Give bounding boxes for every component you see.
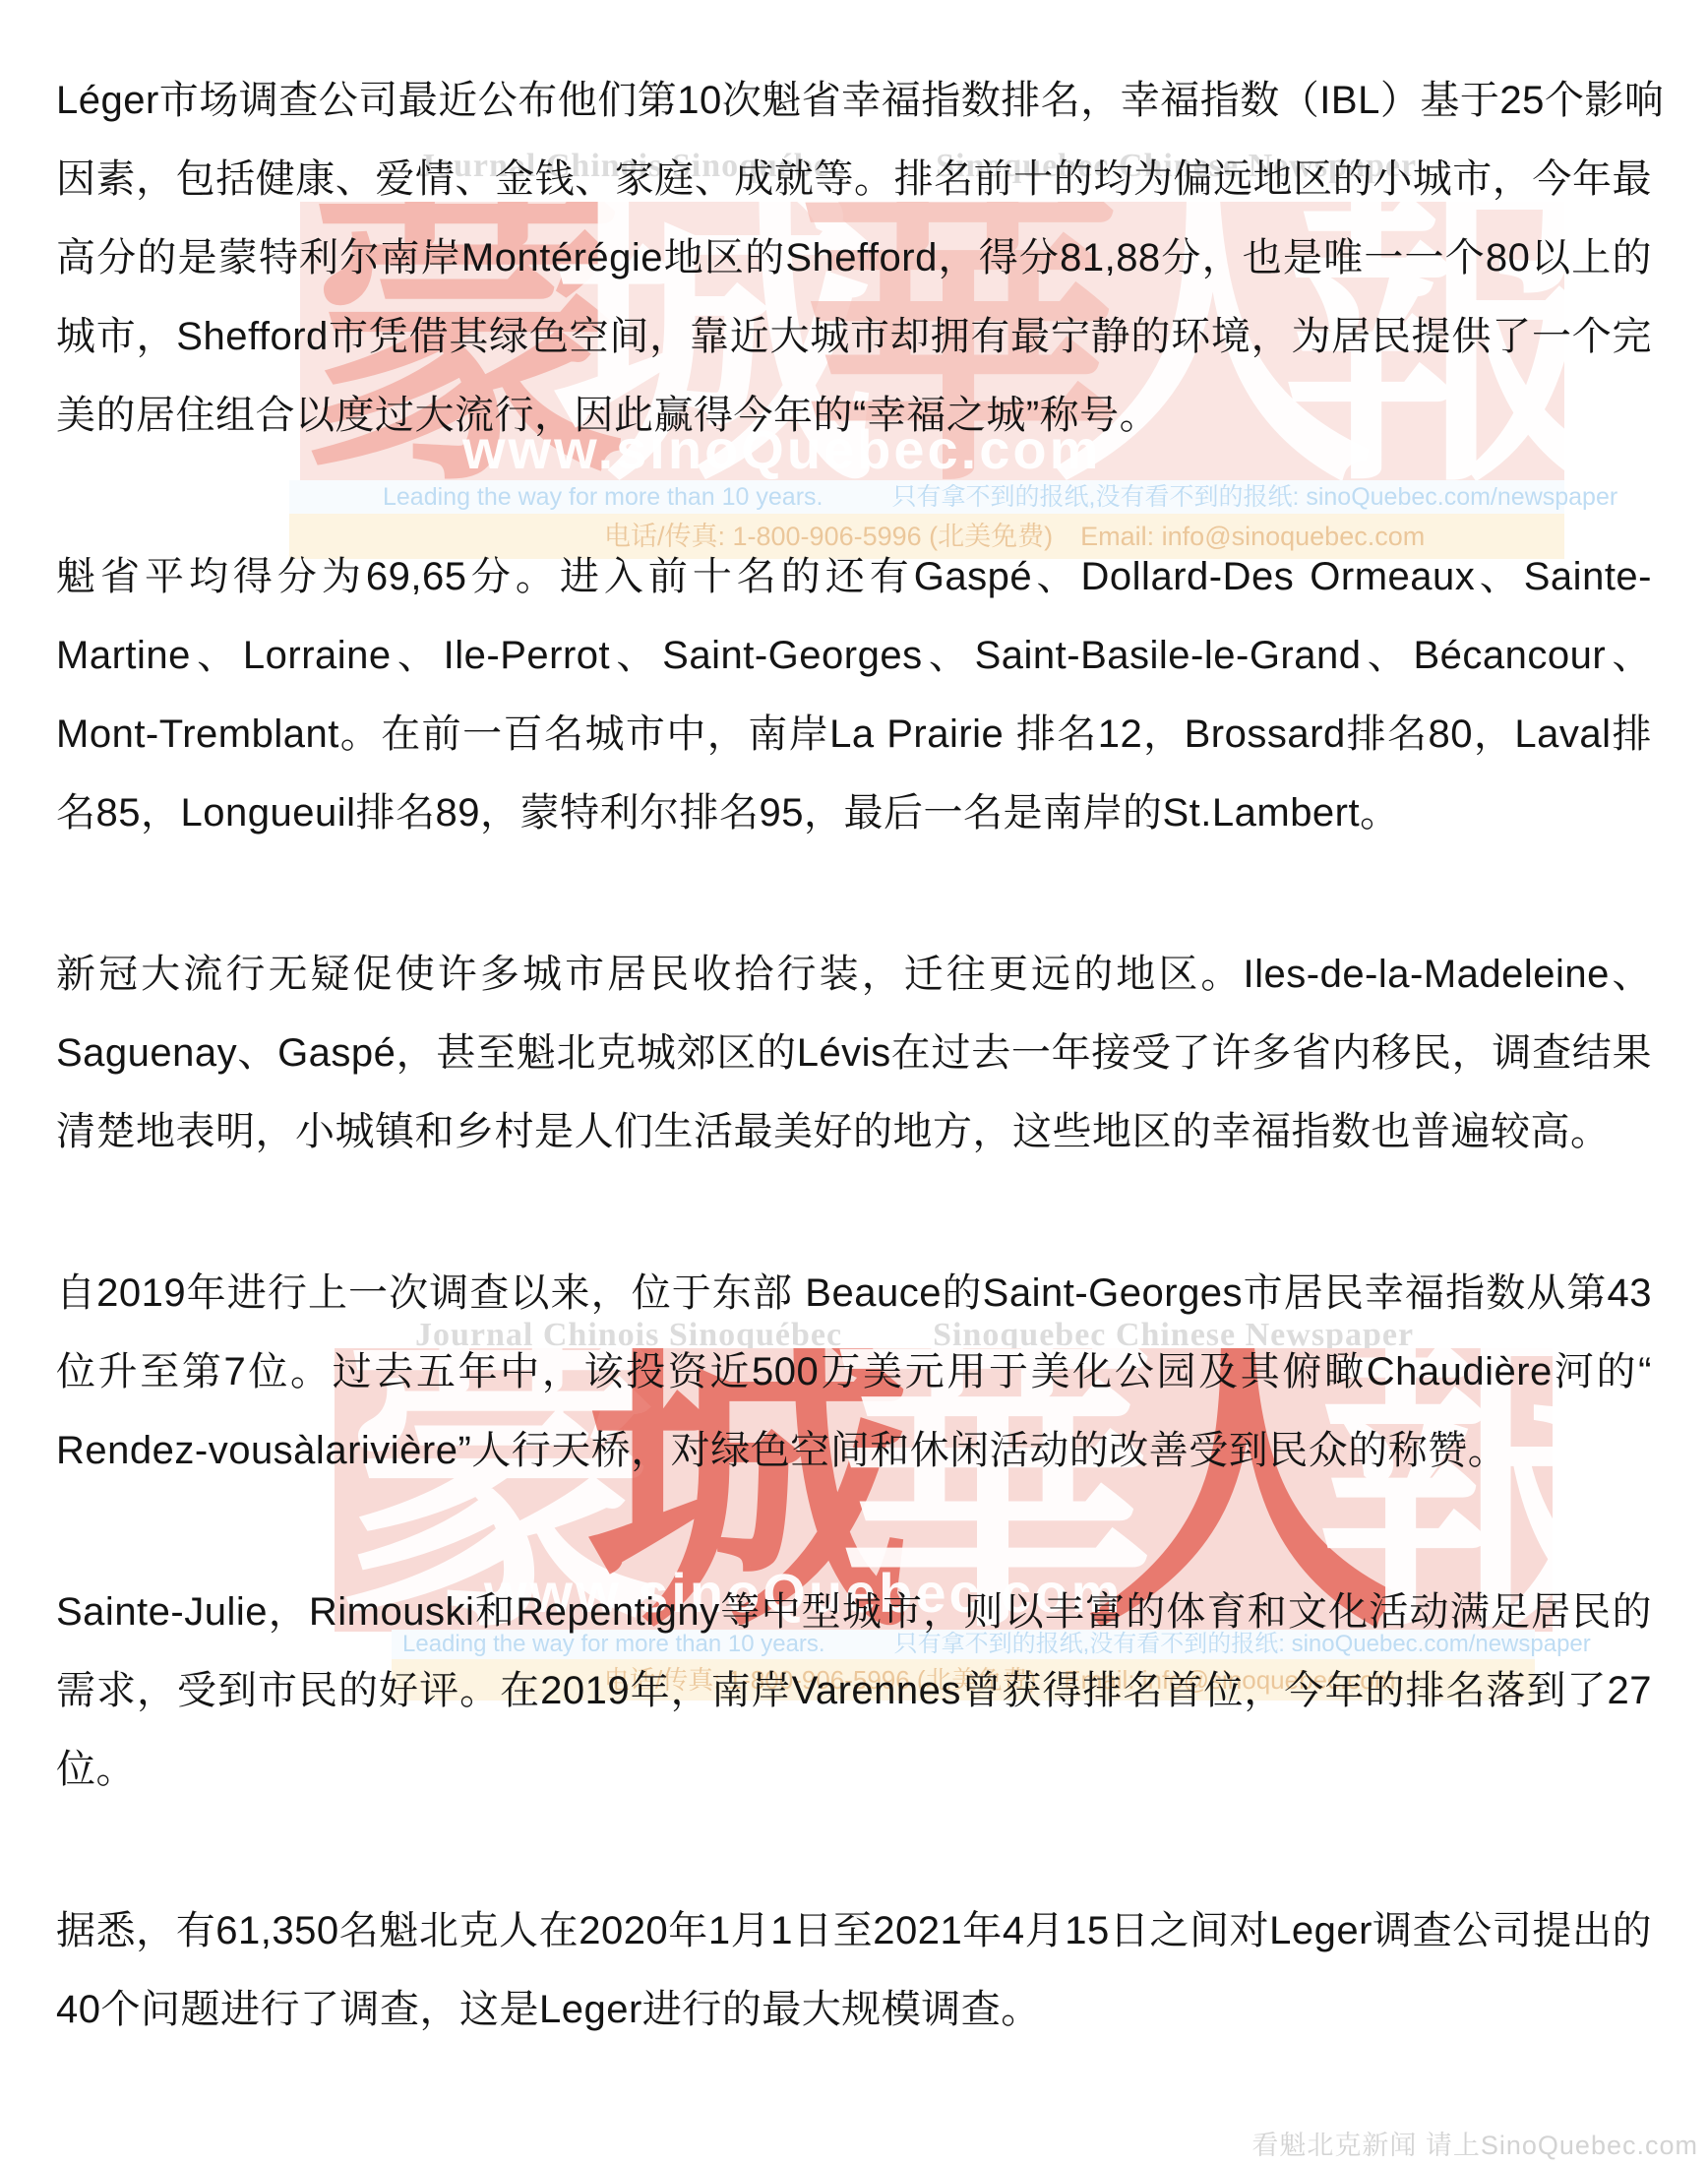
article-line: 清楚地表明，小城镇和乡村是人们生活最美好的地方，这些地区的幸福指数也普遍较高。 xyxy=(56,1092,1652,1171)
article-line: 40个问题进行了调查，这是Leger进行的最大规模调查。 xyxy=(56,1970,1652,2049)
article-line: 魁省平均得分为69,65分。进入前十名的还有Gaspé、Dollard-Des … xyxy=(56,537,1652,616)
article-line: 新冠大流行无疑促使许多城市居民收拾行装，迁往更远的地区。Iles-de-la-M… xyxy=(56,935,1652,1014)
article-line: Sainte-Julie，Rimouski和Repentigny等中型城市，则以… xyxy=(56,1573,1652,1651)
paragraph: 自2019年进行上一次调查以来，位于东部 Beauce的Saint-George… xyxy=(56,1254,1652,1490)
article-line: Mont-Tremblant。在前一百名城市中，南岸La Prairie 排名1… xyxy=(56,695,1652,773)
paragraph: 据悉，有61,350名魁北克人在2020年1月1日至2021年4月15日之间对L… xyxy=(56,1891,1652,2049)
article-line: 自2019年进行上一次调查以来，位于东部 Beauce的Saint-George… xyxy=(56,1254,1652,1332)
article-line: 位升至第7位。过去五年中，该投资近500万美元用于美化公园及其俯瞰Chaudiè… xyxy=(56,1332,1652,1411)
paragraph: 新冠大流行无疑促使许多城市居民收拾行装，迁往更远的地区。Iles-de-la-M… xyxy=(56,935,1652,1171)
article: Léger市场调查公司最近公布他们第10次魁省幸福指数排名，幸福指数（IBL）基… xyxy=(56,61,1652,2132)
article-line: 高分的是蒙特利尔南岸Montérégie地区的Shefford，得分81,88分… xyxy=(56,218,1652,297)
article-line: Saguenay、Gaspé，甚至魁北克城郊区的Lévis在过去一年接受了许多省… xyxy=(56,1014,1652,1092)
article-line: 据悉，有61,350名魁北克人在2020年1月1日至2021年4月15日之间对L… xyxy=(56,1891,1652,1970)
article-line: 美的居住组合以度过大流行，因此赢得今年的“幸福之城”称号。 xyxy=(56,376,1652,455)
article-line: 城市，Shefford市凭借其绿色空间，靠近大城市却拥有最宁静的环境，为居民提供… xyxy=(56,297,1652,376)
paragraph: Sainte-Julie，Rimouski和Repentigny等中型城市，则以… xyxy=(56,1573,1652,1809)
article-line: 名85，Longueuil排名89，蒙特利尔排名95，最后一名是南岸的St.La… xyxy=(56,773,1652,852)
article-line: 位。 xyxy=(56,1730,1652,1809)
article-line: 因素，包括健康、爱情、金钱、家庭、成就等。排名前十的均为偏远地区的小城市，今年最 xyxy=(56,140,1652,218)
article-line: Léger市场调查公司最近公布他们第10次魁省幸福指数排名，幸福指数（IBL）基… xyxy=(56,61,1652,140)
footer-note: 看魁北克新闻 请上SinoQuebec.com xyxy=(1251,2124,1698,2162)
paragraph: 魁省平均得分为69,65分。进入前十名的还有Gaspé、Dollard-Des … xyxy=(56,537,1652,852)
article-line: Rendez-vousàlarivière”人行天桥，对绿色空间和休闲活动的改善… xyxy=(56,1411,1652,1490)
article-line: Martine、Lorraine、Ile-Perrot、Saint-George… xyxy=(56,616,1652,695)
paragraph: Léger市场调查公司最近公布他们第10次魁省幸福指数排名，幸福指数（IBL）基… xyxy=(56,61,1652,455)
article-line: 需求，受到市民的好评。在2019年，南岸Varennes曾获得排名首位，今年的排… xyxy=(56,1651,1652,1730)
